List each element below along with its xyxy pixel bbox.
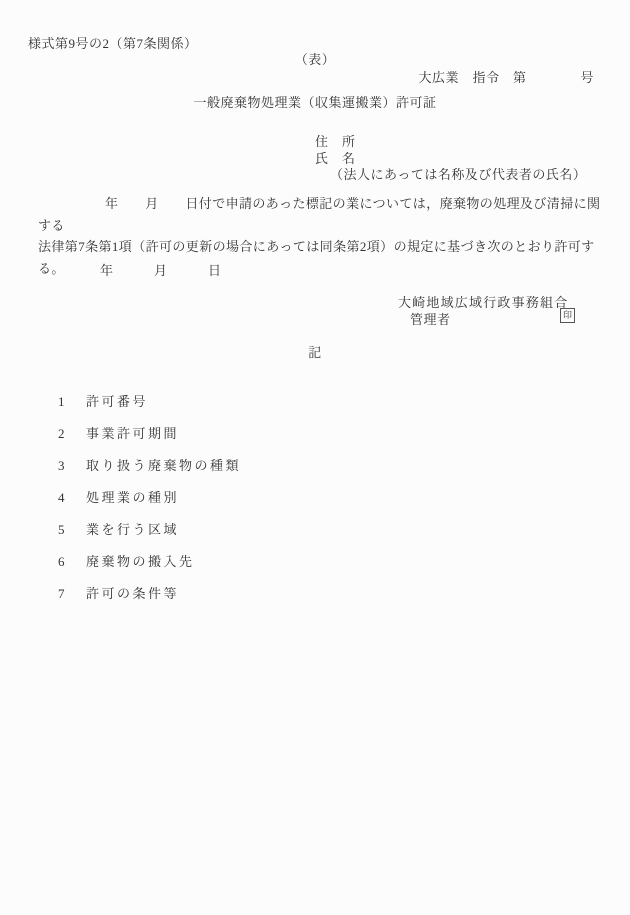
list-item-permit-conditions: 7許可の条件等 (45, 567, 179, 618)
item-number: 7 (58, 586, 86, 602)
directive-number: 大広業 指令 第 号 (418, 67, 594, 86)
permit-document-page: 様式第9号の2（第7条関係） （表） 大広業 指令 第 号 一般廃棄物処理業（収… (0, 0, 630, 915)
front-side-label: （表） (0, 49, 630, 68)
document-title: 一般廃棄物処理業（収集運搬業）許可証 (0, 92, 630, 111)
issuer-title: 管理者 (410, 309, 451, 328)
issue-date-line: 年 月 日 (100, 260, 222, 279)
corporate-note: （法人にあっては名称及び代表者の氏名） (330, 164, 586, 183)
seal-placeholder: 印 (560, 308, 575, 323)
ki-heading: 記 (0, 342, 630, 361)
item-label: 許可の条件等 (86, 586, 179, 601)
